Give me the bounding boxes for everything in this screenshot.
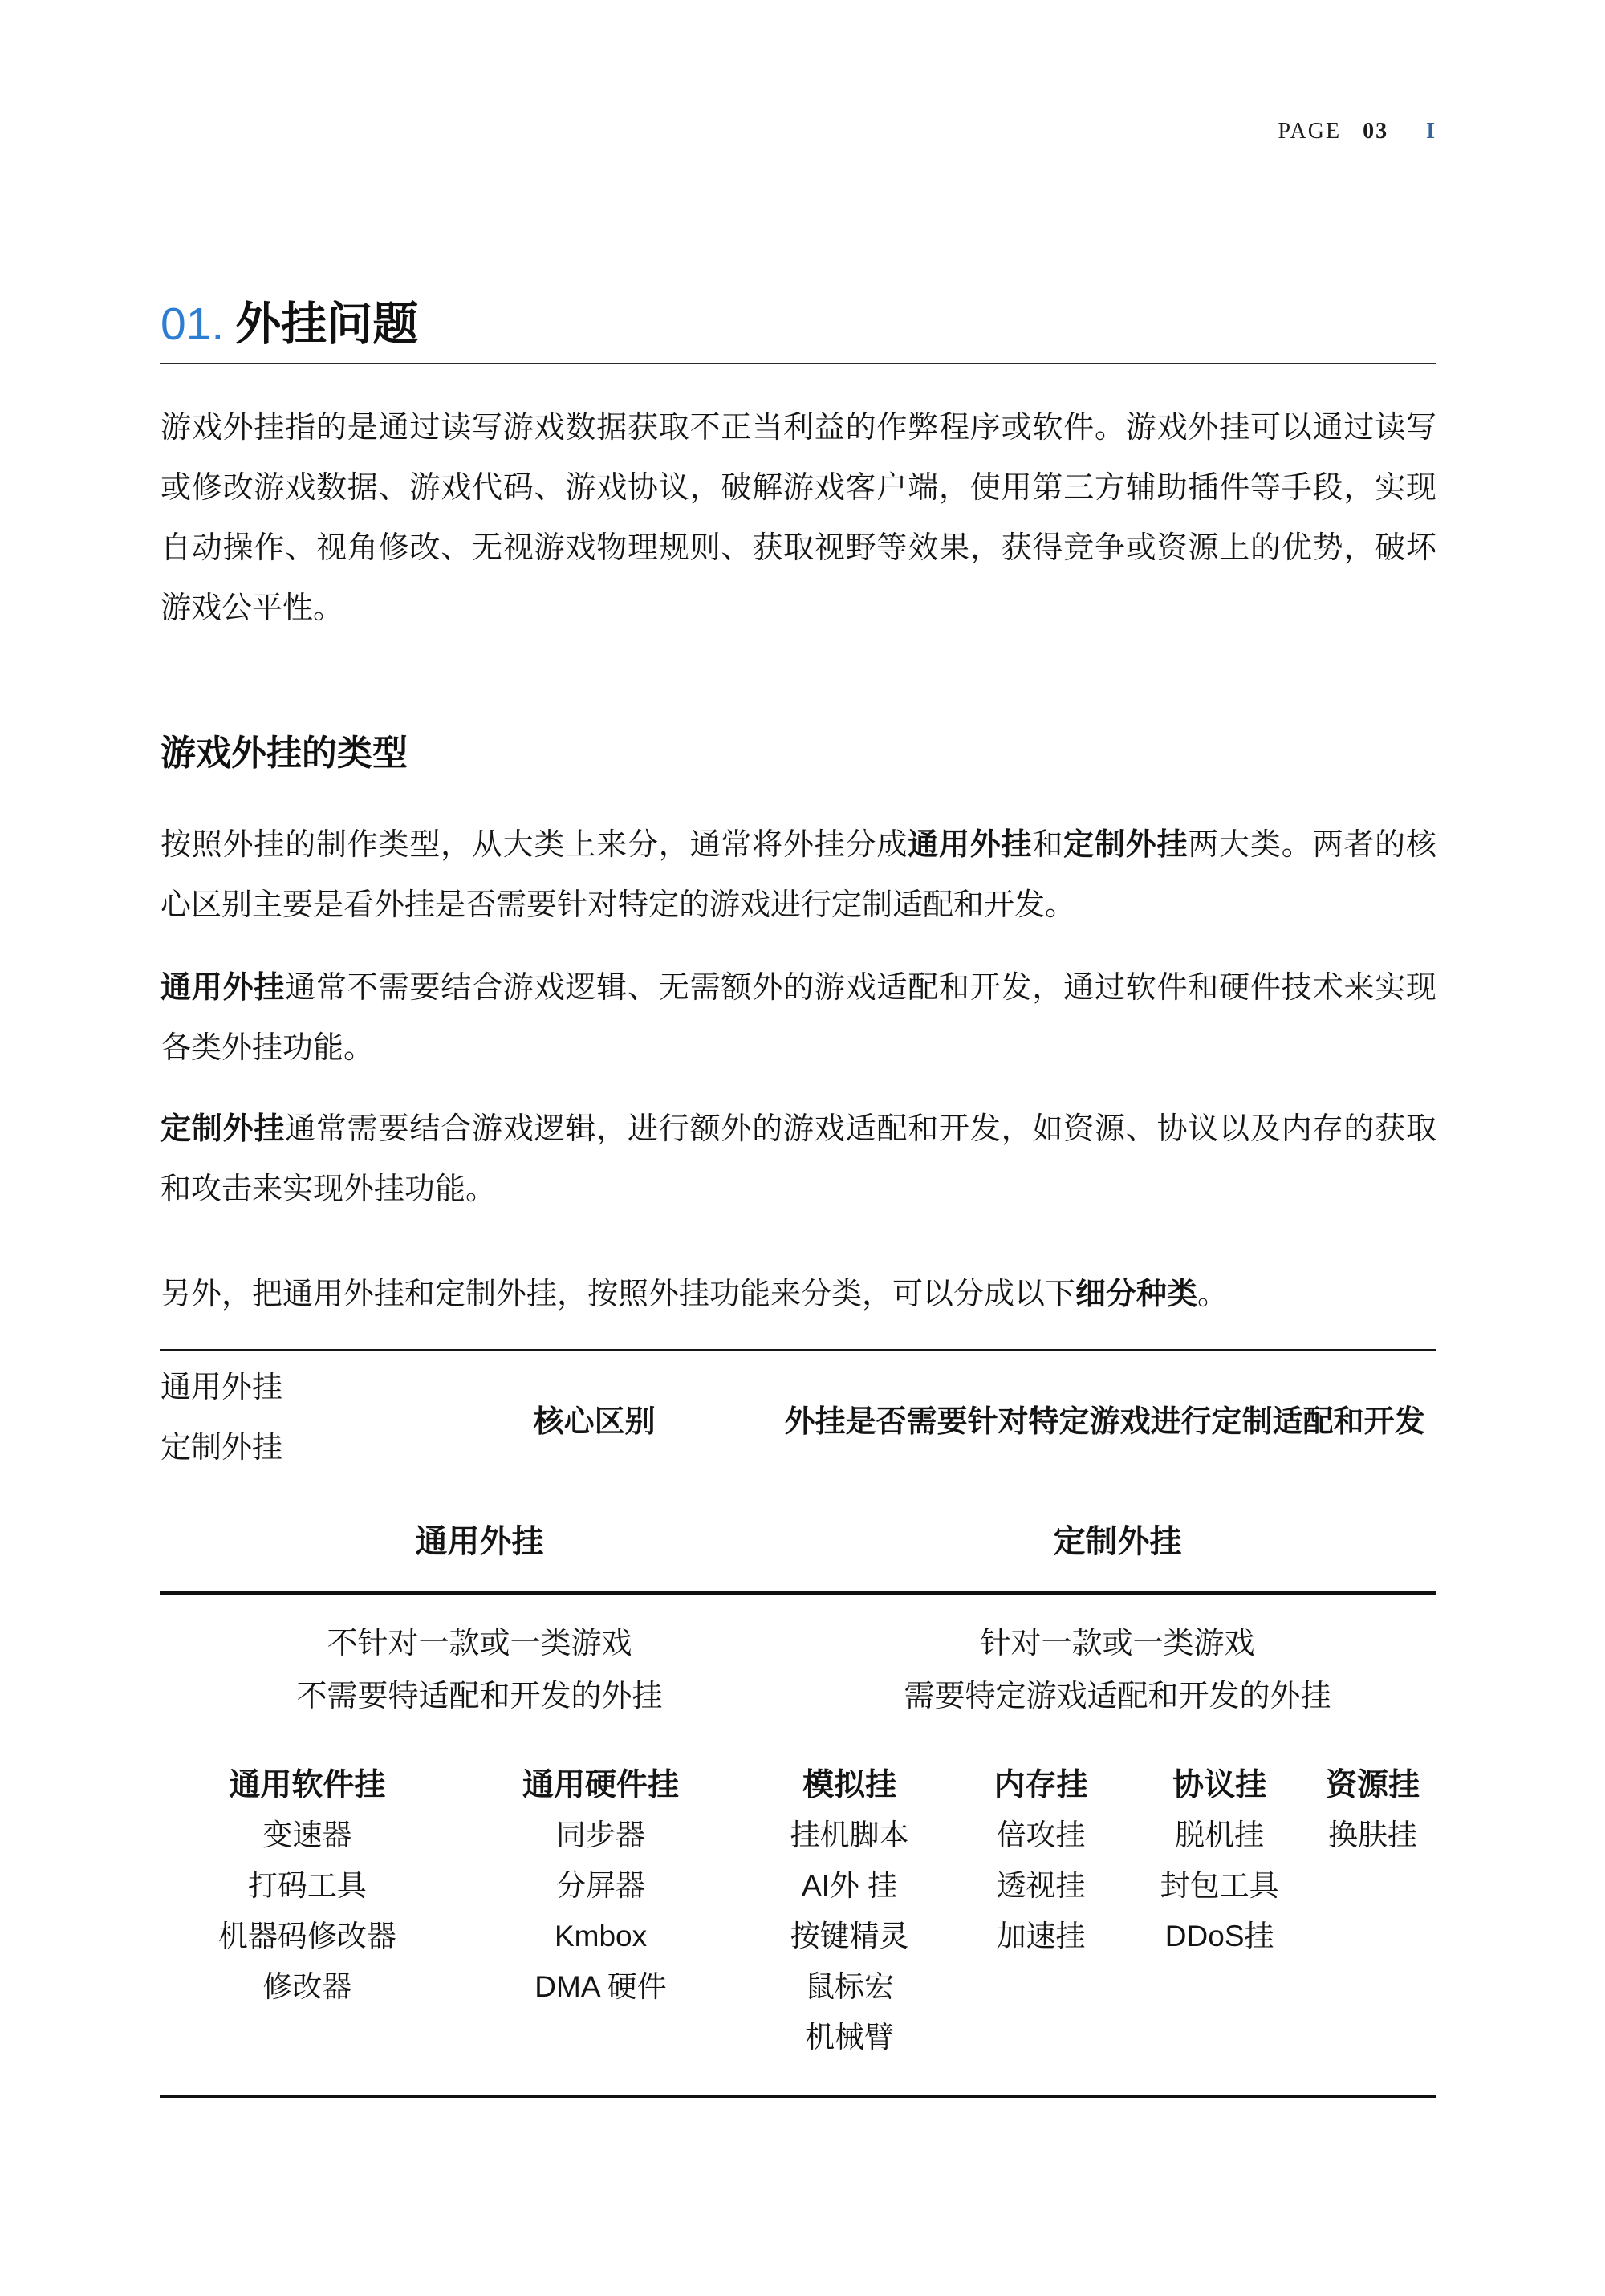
bold-term-custom: 定制外挂 (1063, 828, 1188, 862)
category-column-memory: 内存挂 倍攻挂 透视挂 加速挂 (952, 1762, 1131, 1961)
table-row-categories: 通用软件挂 变速器 打码工具 机器码修改器 修改器 通用硬件挂 同步器 分屏器 … (160, 1762, 1436, 2062)
cell-core-difference-value: 外挂是否需要针对特定游戏进行定制适配和开发 (773, 1396, 1436, 1441)
text-run: 。 (1197, 1278, 1228, 1311)
chapter-number: 01. (160, 299, 224, 350)
desc-line: 需要特定游戏适配和开发的外挂 (798, 1670, 1436, 1723)
category-item: 修改器 (160, 1961, 454, 2012)
table-bottom-border (160, 2095, 1436, 2098)
cheat-types-table: 通用外挂 定制外挂 核心区别 外挂是否需要针对特定游戏进行定制适配和开发 通用外… (160, 1349, 1436, 2098)
subtype-intro-paragraph: 另外，把通用外挂和定制外挂，按照外挂功能来分类，可以分成以下细分种类。 (160, 1265, 1436, 1325)
category-item: DMA 硬件 (454, 1961, 748, 2012)
category-column-resource: 资源挂 换肤挂 (1309, 1762, 1436, 1860)
cell-generic-group-header: 通用外挂 (160, 1516, 798, 1562)
category-item: Kmbox (454, 1911, 748, 1961)
cell-custom-group-header: 定制外挂 (798, 1516, 1436, 1562)
cell-generic-description: 不针对一款或一类游戏 不需要特适配和开发的外挂 (160, 1617, 798, 1723)
category-column-generic-software: 通用软件挂 变速器 打码工具 机器码修改器 修改器 (160, 1762, 454, 2012)
cell-cheat-kinds: 通用外挂 定制外挂 (160, 1358, 416, 1478)
text-run: 通常不需要结合游戏逻辑、无需额外的游戏适配和开发，通过软件和硬件技术来实现各类外… (160, 971, 1436, 1065)
bold-term-subtypes: 细分种类 (1075, 1278, 1197, 1311)
category-item: 倍攻挂 (952, 1810, 1131, 1860)
cell-line-custom: 定制外挂 (160, 1418, 416, 1478)
category-header: 通用软件挂 (160, 1762, 454, 1810)
category-header: 资源挂 (1309, 1762, 1436, 1810)
category-header: 内存挂 (952, 1762, 1131, 1810)
text-run: 和 (1032, 828, 1063, 862)
category-item: 换肤挂 (1309, 1810, 1436, 1860)
category-item: DDoS挂 (1130, 1911, 1309, 1961)
category-item: 机器码修改器 (160, 1911, 454, 1961)
cell-core-difference-label: 核心区别 (416, 1396, 773, 1441)
text-run: 通常需要结合游戏逻辑，进行额外的游戏适配和开发，如资源、协议以及内存的获取和攻击… (160, 1112, 1436, 1206)
table-row-descriptions: 不针对一款或一类游戏 不需要特适配和开发的外挂 针对一款或一类游戏 需要特定游戏… (160, 1595, 1436, 1741)
bold-term-generic: 通用外挂 (160, 971, 285, 1005)
category-item: 封包工具 (1130, 1860, 1309, 1911)
text-run: 按照外挂的制作类型，从大类上来分，通常将外挂分成 (160, 828, 908, 862)
desc-line: 针对一款或一类游戏 (798, 1617, 1436, 1670)
category-item: 加速挂 (952, 1911, 1131, 1961)
cell-custom-description: 针对一款或一类游戏 需要特定游戏适配和开发的外挂 (798, 1617, 1436, 1723)
table-row-core-difference: 通用外挂 定制外挂 核心区别 外挂是否需要针对特定游戏进行定制适配和开发 (160, 1351, 1436, 1485)
document-page: PAGE 03 I 01.外挂问题 游戏外挂指的是通过读写游戏数据获取不正当利益… (0, 0, 1605, 2296)
heading-divider (160, 363, 1436, 364)
category-column-protocol: 协议挂 脱机挂 封包工具 DDoS挂 (1130, 1762, 1309, 1961)
intro-paragraph: 游戏外挂指的是通过读写游戏数据获取不正当利益的作弊程序或软件。游戏外挂可以通过读… (160, 398, 1436, 639)
category-item: 鼠标宏 (747, 1961, 951, 2012)
category-item: 变速器 (160, 1810, 454, 1860)
cell-line-generic: 通用外挂 (160, 1358, 416, 1418)
generic-cheat-paragraph: 通用外挂通常不需要结合游戏逻辑、无需额外的游戏适配和开发，通过软件和硬件技术来实… (160, 958, 1436, 1079)
category-item: 挂机脚本 (747, 1810, 951, 1860)
content-column: 01.外挂问题 游戏外挂指的是通过读写游戏数据获取不正当利益的作弊程序或软件。游… (160, 0, 1436, 2098)
category-column-generic-hardware: 通用硬件挂 同步器 分屏器 Kmbox DMA 硬件 (454, 1762, 748, 2012)
category-item: AI外 挂 (747, 1860, 951, 1911)
table-row-group-headers: 通用外挂 定制外挂 (160, 1485, 1436, 1591)
desc-line: 不需要特适配和开发的外挂 (160, 1670, 798, 1723)
desc-line: 不针对一款或一类游戏 (160, 1617, 798, 1670)
category-item: 脱机挂 (1130, 1810, 1309, 1860)
chapter-title: 外挂问题 (235, 299, 418, 350)
types-paragraph: 按照外挂的制作类型，从大类上来分，通常将外挂分成通用外挂和定制外挂两大类。两者的… (160, 815, 1436, 936)
category-header: 通用硬件挂 (454, 1762, 748, 1810)
bold-term-custom: 定制外挂 (160, 1112, 285, 1146)
bold-term-generic: 通用外挂 (908, 828, 1032, 862)
section-title: 游戏外挂的类型 (160, 732, 1436, 775)
category-item: 打码工具 (160, 1860, 454, 1911)
category-header: 协议挂 (1130, 1762, 1309, 1810)
custom-cheat-paragraph: 定制外挂通常需要结合游戏逻辑，进行额外的游戏适配和开发，如资源、协议以及内存的获… (160, 1099, 1436, 1220)
chapter-heading: 01.外挂问题 (160, 295, 1436, 353)
category-item: 透视挂 (952, 1860, 1131, 1911)
category-item: 机械臂 (747, 2012, 951, 2062)
category-item: 按键精灵 (747, 1911, 951, 1961)
category-item: 同步器 (454, 1810, 748, 1860)
category-item: 分屏器 (454, 1860, 748, 1911)
category-column-simulation: 模拟挂 挂机脚本 AI外 挂 按键精灵 鼠标宏 机械臂 (747, 1762, 951, 2062)
category-header: 模拟挂 (747, 1762, 951, 1810)
text-run: 另外，把通用外挂和定制外挂，按照外挂功能来分类，可以分成以下 (160, 1278, 1075, 1311)
